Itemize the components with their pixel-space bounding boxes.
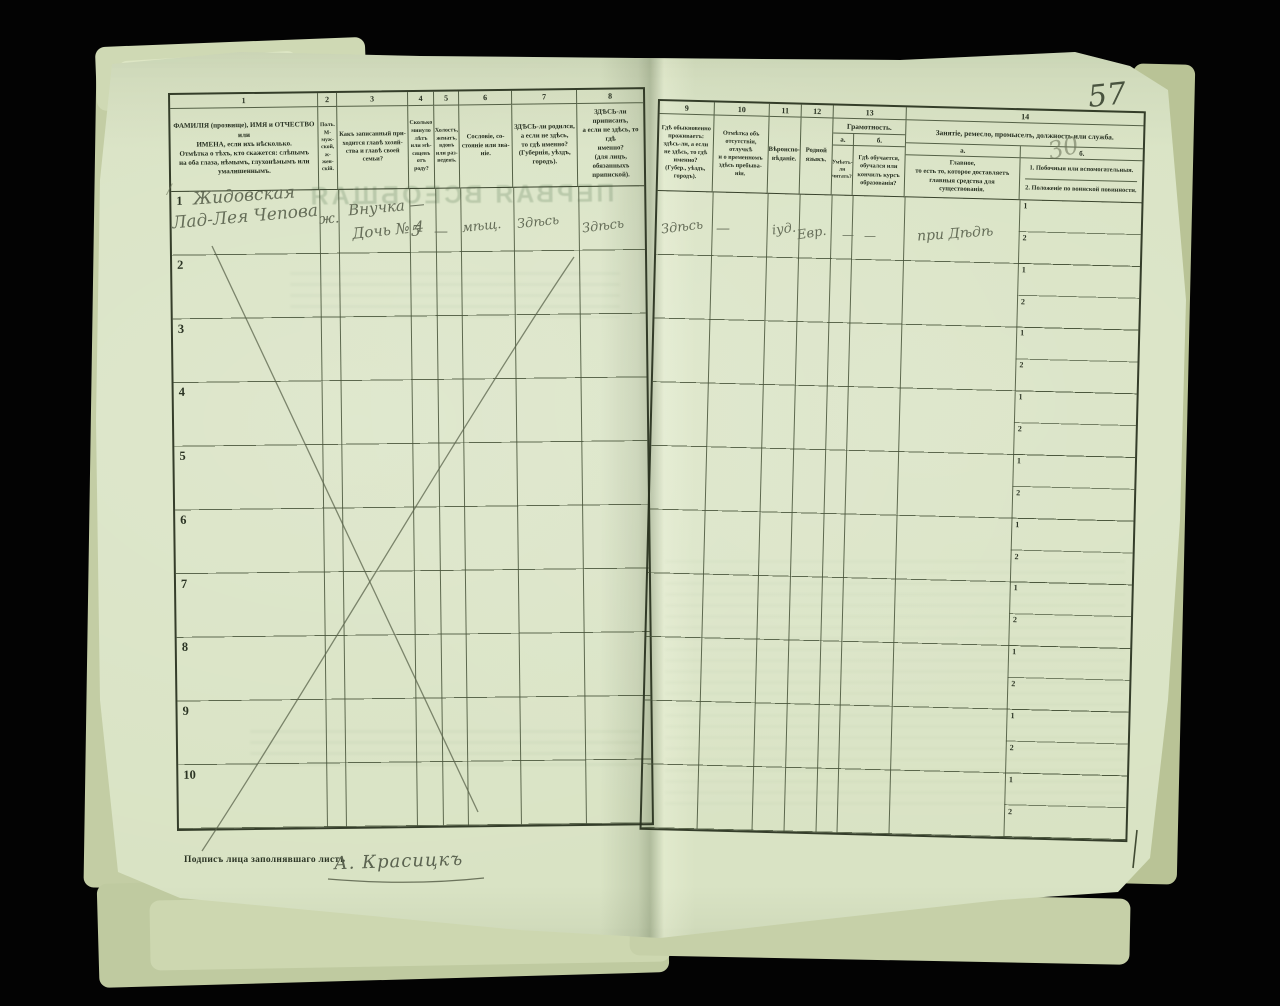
entry-religion: іуд.	[771, 221, 797, 239]
subrow-label: 1	[1017, 456, 1021, 465]
subrow-label: 1	[1022, 265, 1026, 274]
header-can-read: Умѣетъ- ли читать?	[832, 145, 854, 195]
table-body-right: 1 2 1 2 1 2 1 2 1 2 1 2 1 2 1 2 1 2 1 2	[642, 191, 1142, 840]
header-relation: Какъ записанный при- ходится главѣ хозяй…	[337, 106, 409, 190]
header-side-occupation-1: 1. Побочныя или вспомогательныя.	[1025, 159, 1137, 182]
row-number: 7	[181, 577, 187, 592]
entry-literacy-read: —	[842, 228, 854, 242]
header-group-literacy: Грамотность. а. б. Умѣетъ- ли читать? Гд…	[832, 118, 907, 197]
subrow-label: 2	[1011, 679, 1015, 688]
col-number-8: 8	[577, 89, 643, 104]
header-main-occupation: Главное, то есть то, которое доставляетъ…	[905, 155, 1021, 199]
subrow-label: 2	[1022, 233, 1026, 242]
col-number-5: 5	[434, 91, 459, 105]
entry-marital: —	[434, 224, 448, 240]
row-number: 8	[182, 640, 188, 655]
header-language: Родной языкъ.	[800, 118, 834, 196]
occupation-descriptions: Главное, то есть то, которое доставляетъ…	[905, 155, 1143, 202]
subrow-label: 2	[1008, 807, 1012, 816]
literacy-letter-b: б.	[854, 134, 906, 146]
header-side-occupation: 1. Побочныя или вспомогательныя. 2. Поло…	[1020, 158, 1143, 202]
header-sex: Полъ. М-муж- ской, ж-жен- скій.	[318, 107, 338, 190]
subrow-label: 1	[1014, 583, 1018, 592]
row-number: 5	[179, 449, 185, 464]
row-number: 2	[177, 258, 183, 273]
row-number: 9	[182, 704, 188, 719]
subrow-label: 1	[1020, 328, 1024, 337]
census-table-right-half: 9 10 11 12 13 14 Гдѣ обыкновенно прожива…	[640, 99, 1146, 842]
header-where-studied: Гдѣ обучается, обучался или кончилъ курс…	[852, 146, 904, 196]
column-header-row-left: ФАМИЛІЯ (прозвище), ИМЯ и ОТЧЕСТВО или И…	[170, 103, 644, 192]
scan-background: ПЕРВАЯ ВСЕОБЩАЯ 1 2 3 4 5 6 7 8 ФАМИЛІЯ …	[0, 0, 1280, 1006]
header-absence: Отмѣтка объ отсутствіи, отлучкѣ и о врем…	[713, 115, 770, 193]
entry-absence: —	[716, 221, 730, 237]
header-military-status: 2. Положеніе по воинской повинности.	[1021, 179, 1141, 201]
census-form-spread: ПЕРВАЯ ВСЕОБЩАЯ 1 2 3 4 5 6 7 8 ФАМИЛІЯ …	[0, 0, 1280, 1006]
entry-literacy-school: —	[864, 229, 876, 243]
subrow-label: 1	[1009, 775, 1013, 784]
subrow-label: 2	[1021, 297, 1025, 306]
row-number: 4	[179, 385, 185, 400]
literacy-descriptions: Умѣетъ- ли читать? Гдѣ обучается, обучал…	[832, 145, 905, 196]
col-number-6: 6	[459, 91, 512, 106]
row-number: 10	[183, 768, 196, 783]
enumerator-signature: А. Красицкъ	[334, 849, 464, 874]
subrow-label: 2	[1014, 552, 1018, 561]
header-group-occupation: Занятіе, ремесло, промыселъ, должность и…	[905, 120, 1144, 203]
header-marital: Холостъ, женатъ, вдовъ или раз- веденъ.	[434, 105, 460, 188]
pencil-tick: /	[167, 182, 172, 198]
header-surname: ФАМИЛІЯ (прозвище), ИМЯ и ОТЧЕСТВО или И…	[170, 107, 319, 192]
header-religion: Вѣроиспо- вѣданіе.	[768, 117, 802, 195]
literacy-letter-a: а.	[833, 133, 854, 145]
entry-sex: ж.	[318, 210, 339, 227]
subrow-label: 1	[1023, 201, 1027, 210]
col-number-11: 11	[770, 104, 802, 118]
subrow-label: 1	[1018, 392, 1022, 401]
header-resides: Гдѣ обыкновенно проживаетъ: здѣсь-ли, а …	[658, 114, 715, 192]
subrow-label: 1	[1012, 647, 1016, 656]
col-number-3: 3	[337, 92, 408, 107]
header-age: Сколько минуло лѣтъ или мѣ- сяцевъ отъ р…	[408, 106, 435, 189]
signature-label: Подписъ лица заполнявшаго листъ	[184, 855, 345, 865]
header-estate: Сословіе, со- стояніе или зва- ніе.	[459, 105, 513, 189]
signature-underline	[328, 878, 484, 882]
entry-age: 5	[411, 222, 421, 240]
page-number: 57	[1086, 76, 1128, 115]
col-number-2: 2	[318, 93, 337, 107]
subrow-label: 2	[1010, 743, 1014, 752]
header-born-here: ЗДѢСЬ-ли родился, а если не здѣсь, то гд…	[512, 104, 578, 188]
subrow-label: 2	[1019, 360, 1023, 369]
row-number: 1	[176, 194, 182, 209]
table-border-artifact	[1133, 830, 1137, 868]
col-number-7: 7	[512, 90, 577, 105]
table-body-left: 1 2 3 4 5 6 7 8 9 10	[171, 186, 652, 829]
row-number: 6	[180, 513, 186, 528]
subrow-label: 2	[1018, 424, 1022, 433]
subrow-label: 1	[1015, 520, 1019, 529]
row-number: 3	[178, 322, 184, 337]
subrow-label: 2	[1013, 615, 1017, 624]
subrow-label: 2	[1016, 488, 1020, 497]
header-registered-here: ЗДѢСЬ-ли приписанъ, а если не здѣсь, то …	[577, 103, 644, 187]
col-number-4: 4	[408, 92, 434, 106]
col-number-12: 12	[802, 105, 834, 119]
subrow-label: 1	[1010, 711, 1014, 720]
